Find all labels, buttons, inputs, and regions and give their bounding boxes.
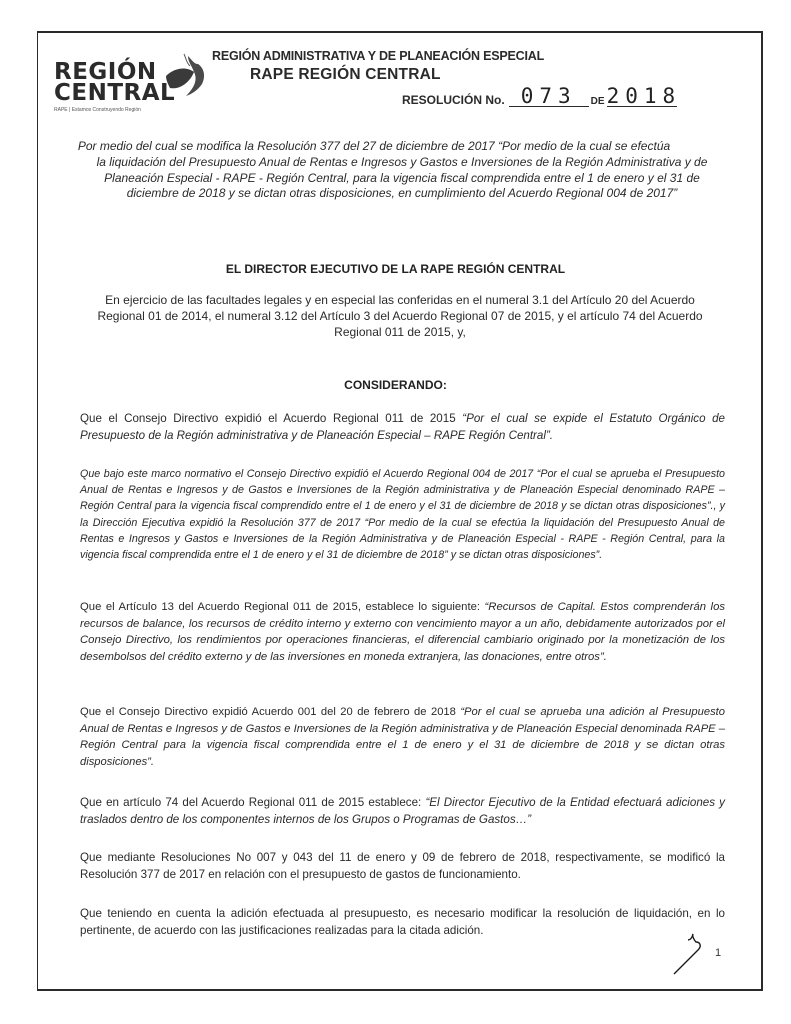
de-label: DE	[591, 96, 605, 107]
resolution-epigraph: Por medio del cual se modifica la Resolu…	[82, 139, 722, 202]
entity-short-name: RAPE REGIÓN CENTRAL	[250, 66, 441, 84]
entity-name: REGIÓN ADMINISTRATIVA Y DE PLANEACIÓN ES…	[212, 49, 544, 63]
paragraph-text: Que el Consejo Directivo expidió el Acue…	[80, 412, 462, 425]
considerando-paragraph: Que teniendo en cuenta la adición efectu…	[80, 906, 725, 939]
region-central-logo: REGIÓN CENTRAL RAPE | Estamos Construyen…	[54, 62, 204, 122]
legal-faculties-paragraph: En ejercicio de las facultades legales y…	[80, 292, 720, 340]
paragraph-text: Que el Consejo Directivo expidió Acuerdo…	[80, 706, 460, 718]
paragraph-text: Que mediante Resoluciones No 007 y 043 d…	[80, 851, 725, 881]
considerando-paragraph: Que el Artículo 13 del Acuerdo Regional …	[80, 599, 725, 665]
resolution-label: RESOLUCIÓN No.	[402, 93, 505, 107]
considerando-paragraph: Que el Consejo Directivo expidió el Acue…	[80, 411, 725, 444]
considerando-heading: CONSIDERANDO:	[0, 378, 791, 392]
resolution-number: 073	[509, 86, 589, 107]
page-number: 1	[715, 947, 721, 959]
paragraph-text: Que en artículo 74 del Acuerdo Regional …	[80, 796, 425, 809]
director-heading: EL DIRECTOR EJECUTIVO DE LA RAPE REGIÓN …	[0, 262, 791, 276]
epigraph-first-line: Por medio del cual se modifica la Resolu…	[24, 139, 724, 155]
paragraph-text: Que el Artículo 13 del Acuerdo Regional …	[80, 601, 485, 613]
resolution-year: 2018	[607, 86, 677, 107]
resolution-number-line: RESOLUCIÓN No. 073 DE 2018	[402, 86, 677, 107]
region-map-emblem-icon	[164, 50, 208, 100]
initials-signature-icon	[670, 922, 710, 982]
paragraph-text: Que teniendo en cuenta la adición efectu…	[80, 907, 725, 937]
considerando-paragraph: Que el Consejo Directivo expidió Acuerdo…	[80, 704, 725, 770]
considerando-paragraph: Que mediante Resoluciones No 007 y 043 d…	[80, 850, 725, 883]
considerando-paragraph: Que en artículo 74 del Acuerdo Regional …	[80, 795, 725, 828]
logo-tagline: RAPE | Estamos Construyendo Región	[54, 107, 204, 113]
paragraph-quote: Que bajo este marco normativo el Consejo…	[80, 468, 725, 561]
epigraph-rest: la liquidación del Presupuesto Anual de …	[97, 155, 708, 201]
considerando-paragraph: Que bajo este marco normativo el Consejo…	[80, 466, 725, 563]
